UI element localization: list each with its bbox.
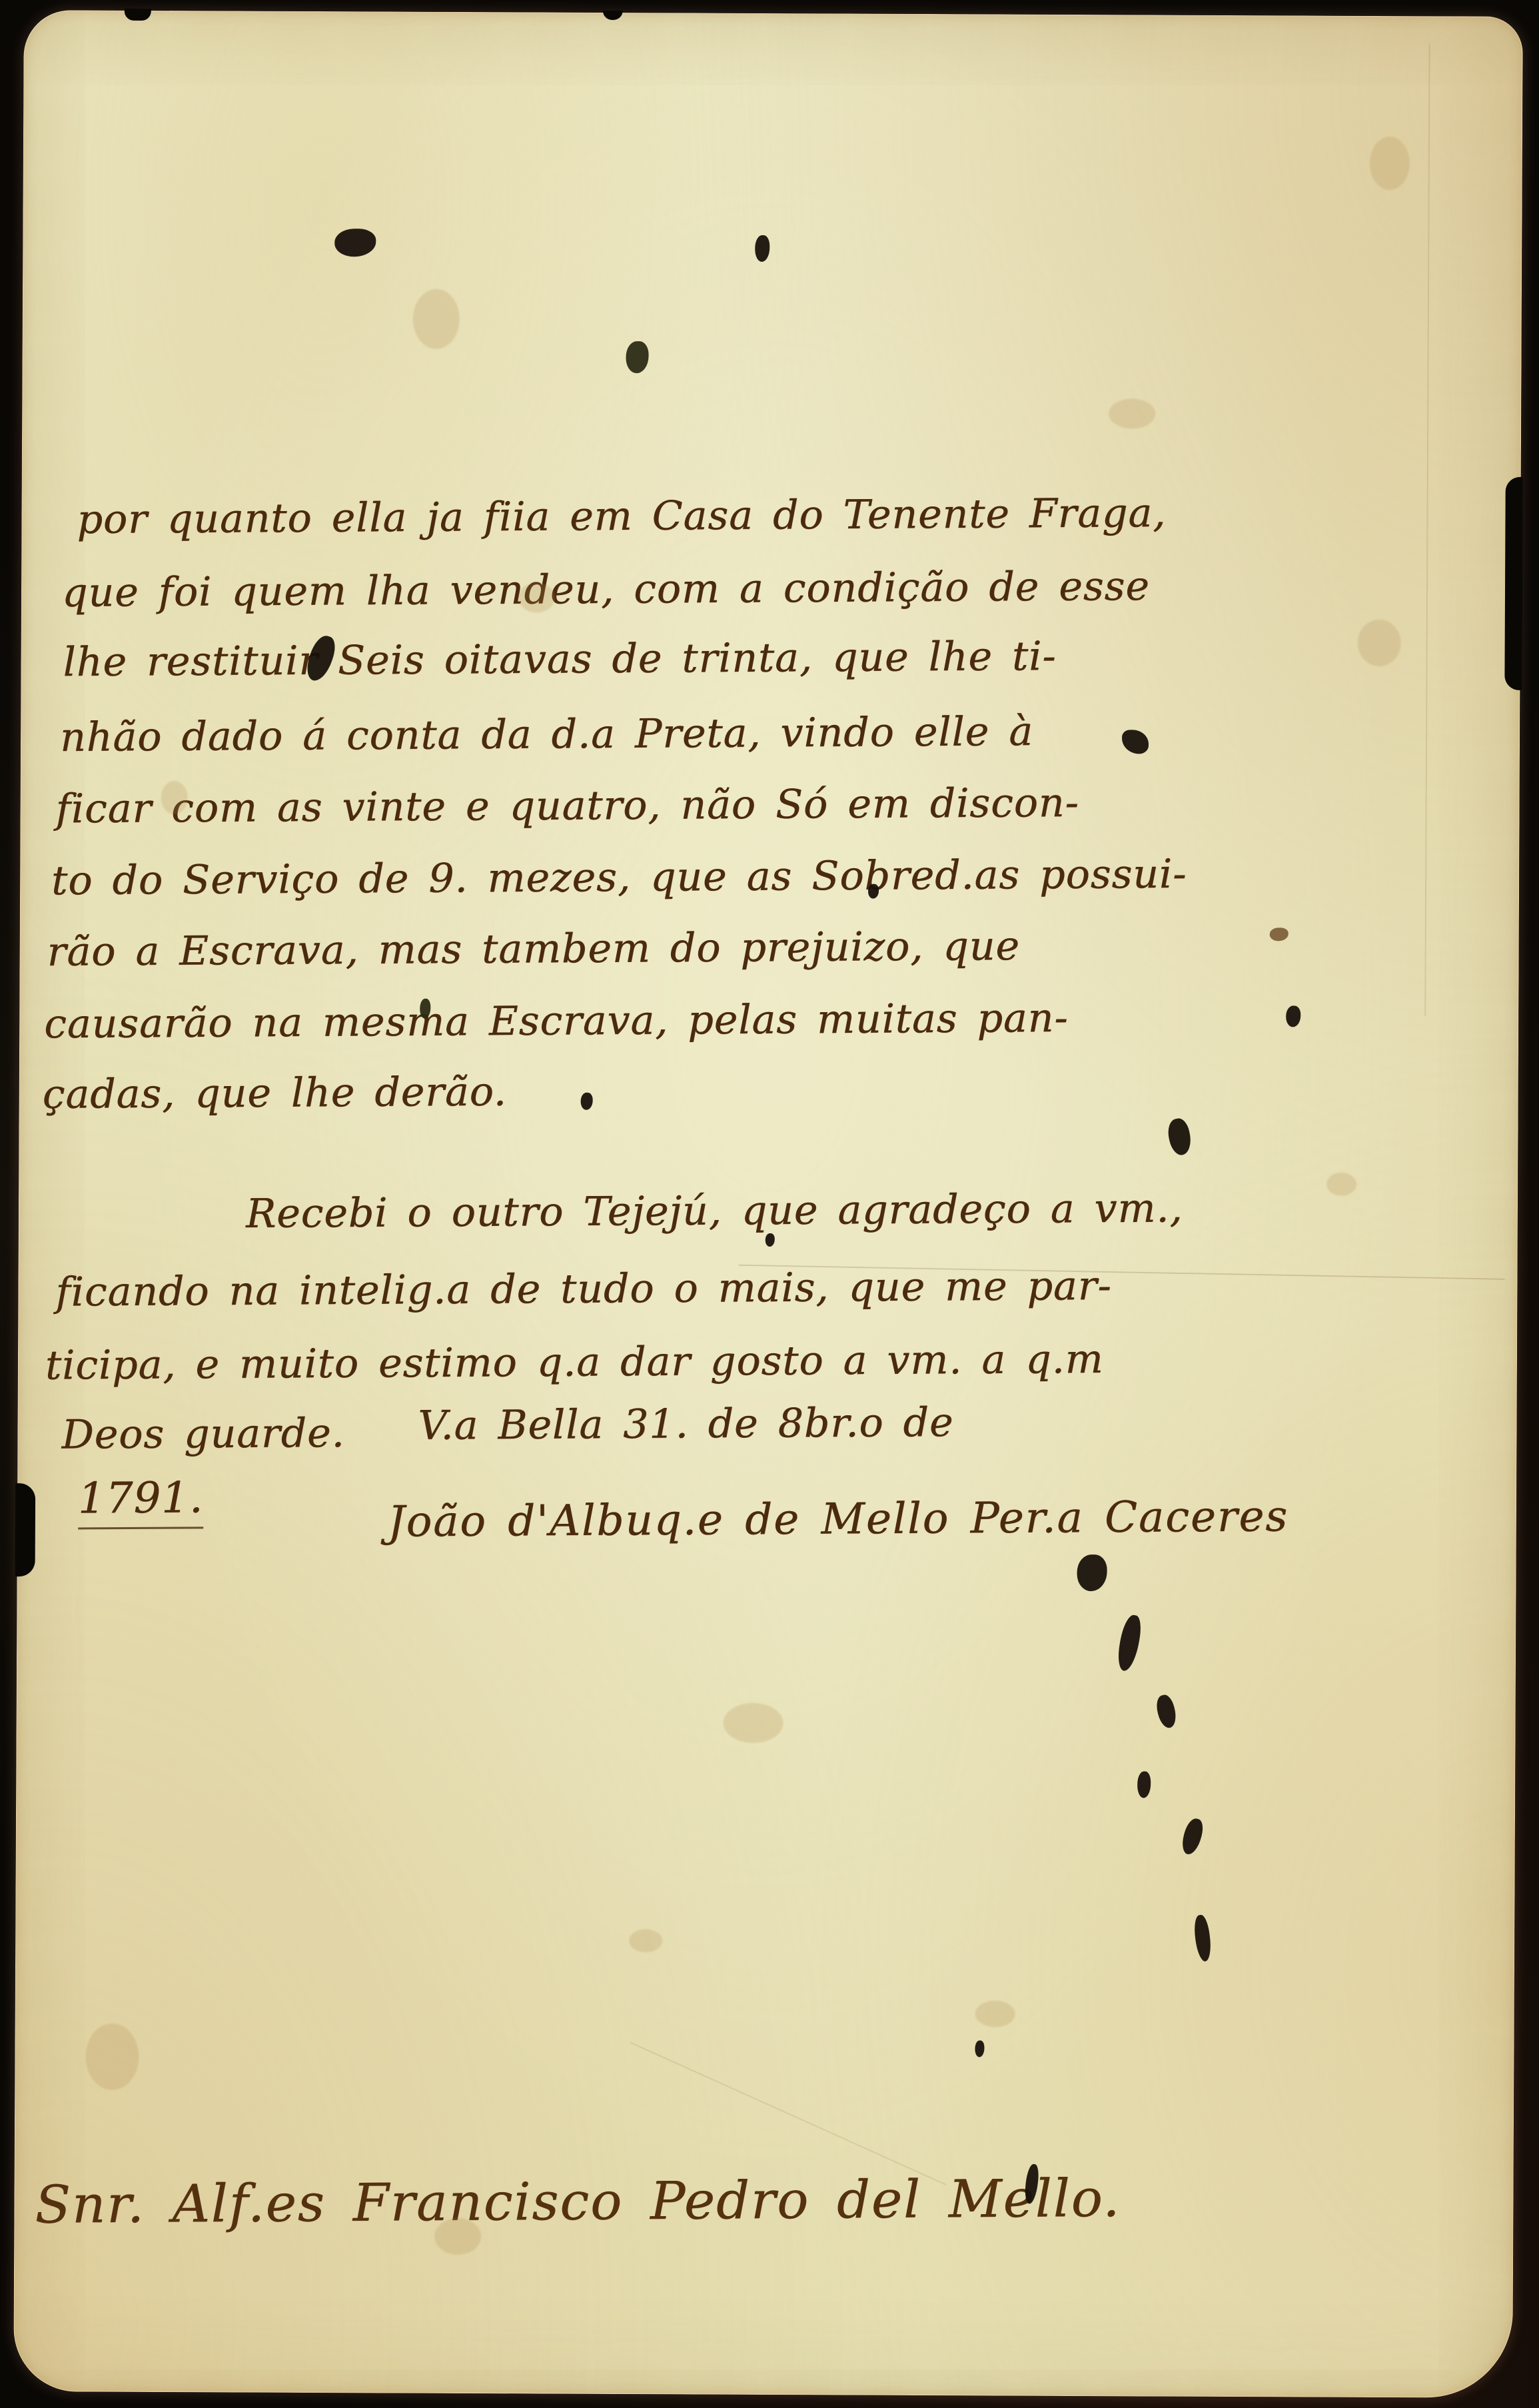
paper-stain — [1358, 620, 1401, 666]
edge-tear — [125, 9, 151, 21]
edge-tear — [1504, 477, 1522, 690]
ink-smudge — [1270, 927, 1288, 941]
ink-blot — [1115, 1614, 1144, 1673]
manuscript-line: ficar com as vinte e quatro, não Só em d… — [55, 780, 1079, 832]
paper-stain — [1109, 398, 1155, 428]
ink-blot — [626, 341, 648, 373]
ink-blot — [766, 1233, 775, 1247]
place-date-line: V.a Bella 31. de 8br.o de — [418, 1399, 953, 1449]
manuscript-line: causarão na mesma Escrava, pelas muitas … — [44, 995, 1069, 1047]
ink-blot — [1165, 1117, 1194, 1157]
diagonal-crease — [630, 2042, 947, 2185]
ink-blot — [1154, 1693, 1179, 1730]
paper-stain — [518, 582, 555, 612]
manuscript-line: çadas, que lhe derão. — [43, 1069, 507, 1118]
paper-stain — [434, 2218, 481, 2255]
ink-blot — [1122, 730, 1149, 754]
paper-stain — [1370, 137, 1410, 190]
ink-blot — [1137, 1771, 1151, 1798]
manuscript-line: Recebi o outro Tejejú, que agradeço a vm… — [246, 1185, 1183, 1237]
manuscript-line: rão a Escrava, mas tambem do prejuizo, q… — [47, 923, 1020, 975]
ink-blot — [1193, 1914, 1213, 1962]
paper-stain — [629, 1929, 662, 1952]
closing-phrase: Deos guarde. — [61, 1410, 345, 1459]
signature: João d'Albuq.e de Mello Per.a Caceres — [388, 1492, 1289, 1546]
manuscript-line: ticipa, e muito estimo q.a dar gosto a v… — [45, 1336, 1104, 1389]
year-line: 1791. — [78, 1473, 204, 1529]
ink-blot — [334, 229, 376, 257]
ink-blot — [1179, 1816, 1205, 1856]
ink-blot — [975, 2040, 984, 2057]
manuscript-line: lhe restituir Seis oitavas de trinta, qu… — [63, 633, 1056, 686]
manuscript-line: por quanto ella ja fiia em Casa do Tenen… — [77, 490, 1166, 543]
ink-blot — [1077, 1554, 1107, 1591]
edge-tear — [15, 1483, 36, 1576]
paper-stain — [1326, 1173, 1356, 1196]
ink-blot — [581, 1093, 593, 1110]
ink-blot — [755, 235, 770, 262]
vertical-fold-crease — [1424, 43, 1430, 1016]
manuscript-line: ficando na intelig.a de tudo o mais, que… — [55, 1263, 1112, 1316]
manuscript-line: que foi quem lha vendeu, com a condição … — [62, 563, 1150, 616]
paper-stain — [975, 2000, 1015, 2027]
paper-stain — [161, 781, 188, 814]
photo-backdrop: por quanto ella ja fiia em Casa do Tenen… — [0, 0, 1539, 2408]
edge-tear — [603, 11, 623, 20]
manuscript-line: nhão dado á conta da d.a Preta, vindo el… — [60, 708, 1033, 761]
manuscript-line: to do Serviço de 9. mezes, que as Sobred… — [51, 851, 1187, 904]
paper-stain — [413, 289, 460, 349]
ink-blot — [1286, 1005, 1300, 1027]
paper-stain — [723, 1703, 783, 1743]
paper-stain — [85, 2024, 139, 2090]
manuscript-page: por quanto ella ja fiia em Casa do Tenen… — [13, 10, 1523, 2398]
addressee-line: Snr. Alf.es Francisco Pedro del Mello. — [35, 2169, 1121, 2235]
